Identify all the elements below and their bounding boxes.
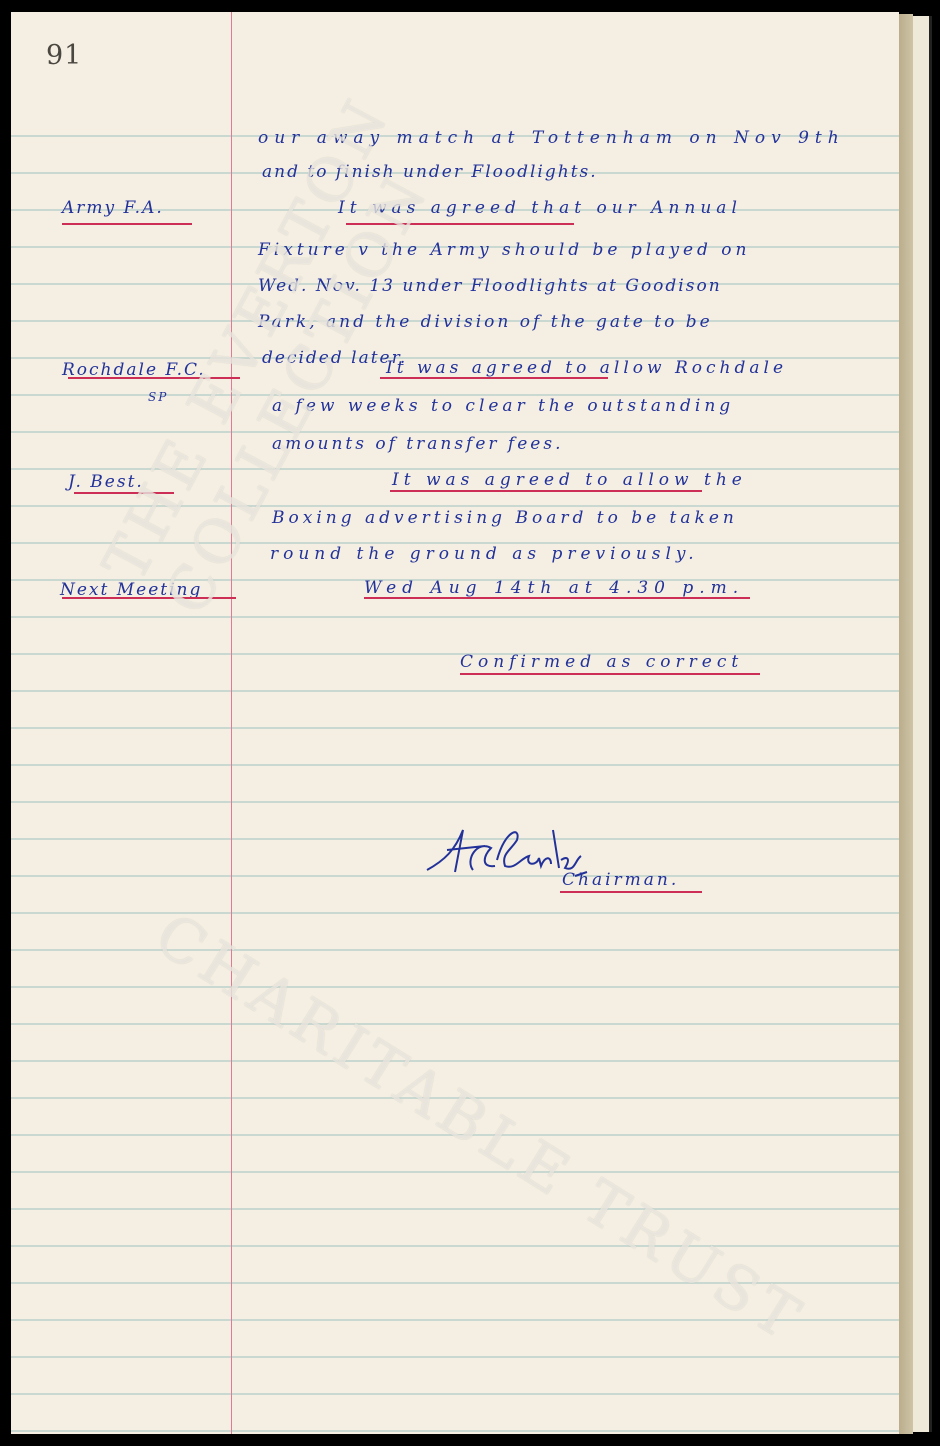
minute-line: It was agreed that our Annual (338, 198, 742, 218)
underline (560, 891, 702, 893)
confirmation-text: Confirmed as correct (460, 652, 743, 672)
underline (62, 223, 192, 225)
underline (62, 597, 236, 599)
underline (460, 673, 760, 675)
margin-rule (231, 12, 232, 1434)
minute-line: It was agreed to allow the (392, 470, 747, 490)
underline (390, 490, 702, 492)
minute-line: amounts of transfer fees. (272, 434, 563, 454)
book-gutter (899, 14, 913, 1434)
minute-line: a few weeks to clear the outstanding (272, 396, 734, 416)
underline (68, 377, 240, 379)
minute-line: Park, and the division of the gate to be (258, 312, 713, 332)
underline (74, 492, 174, 494)
underline (380, 377, 608, 379)
margin-initials: SP (148, 390, 168, 404)
underline (364, 597, 750, 599)
minute-line: Boxing advertising Board to be taken (272, 508, 738, 528)
back-page-edge (913, 16, 929, 1432)
chairman-title: Chairman. (562, 870, 679, 890)
underline (346, 223, 574, 225)
minute-line: Fixture v the Army should be played on (258, 240, 751, 260)
minute-line: It was agreed to allow Rochdale (386, 358, 787, 378)
book-edge (929, 16, 932, 1432)
minute-line: round the ground as previously. (270, 544, 699, 564)
margin-label-army-fa: Army F.A. (62, 198, 164, 218)
minute-line: our away match at Tottenham on Nov 9th (258, 128, 845, 148)
page-number: 91 (46, 40, 82, 71)
ledger-page (11, 12, 899, 1434)
minute-line: and to finish under Floodlights. (262, 162, 598, 182)
minute-line: Wed. Nov. 13 under Floodlights at Goodis… (258, 276, 722, 296)
margin-label-j-best: J. Best. (68, 472, 144, 492)
minute-line: Wed Aug 14th at 4.30 p.m. (364, 578, 744, 598)
